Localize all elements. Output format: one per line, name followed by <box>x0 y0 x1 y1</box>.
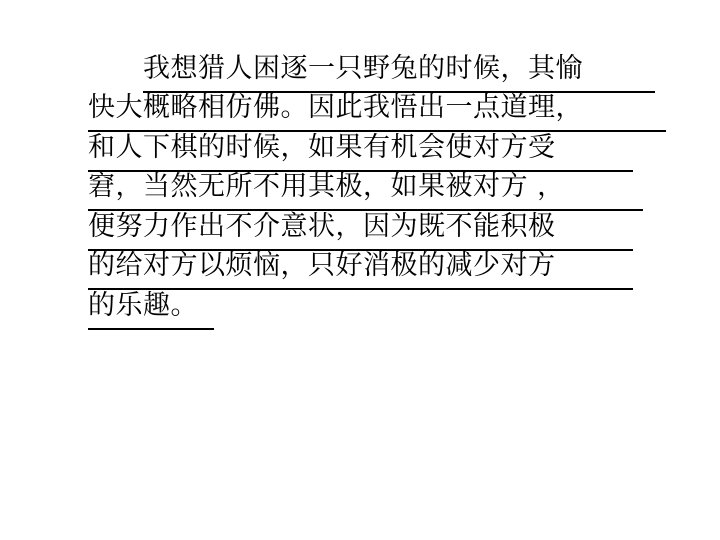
paragraph-line-3: 和人下棋的时候，如果有机会使对方受 <box>88 131 633 172</box>
slide: 我想猎人困逐一只野兔的时候，其愉 快大概略相仿佛。因此我悟出一点道理， 和人下棋… <box>0 0 720 540</box>
paragraph-line-1: 我想猎人困逐一只野兔的时候，其愉 <box>143 52 655 93</box>
paragraph-line-7: 的乐趣。 <box>88 289 214 330</box>
paragraph-line-2: 快大概略相仿佛。因此我悟出一点道理， <box>88 91 666 132</box>
paragraph-line-6: 的给对方以烦恼，只好消极的减少对方 <box>88 249 633 290</box>
paragraph-line-4: 窘，当然无所不用其极，如果被对方 ， <box>88 170 643 211</box>
paragraph-line-5: 便努力作出不介意状，因为既不能积极 <box>88 210 633 251</box>
